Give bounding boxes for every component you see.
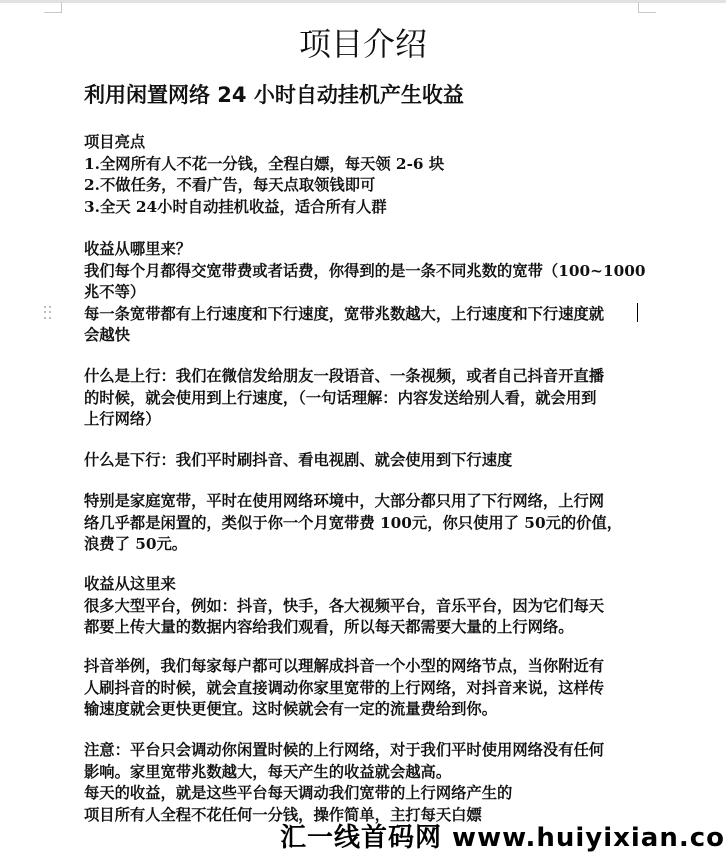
section-heading: 项目亮点 [84, 132, 644, 154]
document-subtitle: 利用闲置网络 24 小时自动挂机产生收益 [84, 78, 464, 112]
document-title: 项目介绍 [0, 22, 726, 66]
list-item: 3.全天 24小时自动挂机收益，适合所有人群 [84, 197, 644, 219]
text-line: 影响。家里宽带兆数越大，每天产生的收益就会越高。 [84, 762, 644, 784]
text-line: 的时候，就会使用到上行速度，（一句话理解：内容发送给别人看，就会用到 [84, 388, 644, 410]
list-item: 2.不做任务，不看广告，每天点取领钱即可 [84, 175, 644, 197]
document-page[interactable]: 项目介绍 利用闲置网络 24 小时自动挂机产生收益 项目亮点 1.全网所有人不花… [0, 0, 726, 854]
text-line: 上行网络） [84, 409, 644, 431]
text-line: 都要上传大量的数据内容给我们观看，所以每天都需要大量的上行网络。 [84, 617, 644, 639]
watermark: 汇一线首码网 www.huiyixian.com [280, 817, 726, 854]
text-line: 浪费了 50元。 [84, 534, 644, 556]
text-line: 络几乎都是闲置的，类似于你一个月宽带费 100元，你只使用了 50元的价值， [84, 513, 644, 535]
text-line: 特别是家庭宽带，平时在使用网络环境中，大部分都只用了下行网络，上行网 [84, 491, 644, 513]
text-line: 输速度就会更快更便宜。这时候就会有一定的流量费给到你。 [84, 699, 644, 721]
text-line: 什么是下行：我们平时刷抖音、看电视剧、就会使用到下行速度 [84, 450, 644, 472]
section-home-broadband: 特别是家庭宽带，平时在使用网络环境中，大部分都只用了下行网络，上行网 络几乎都是… [84, 491, 644, 556]
section-notice: 注意：平台只会调动你闲置时候的上行网络，对于我们平时使用网络没有任何 影响。家里… [84, 740, 644, 826]
text-line: 每天的收益，就是这些平台每天调动我们宽带的上行网络产生的 [84, 783, 644, 805]
paragraph-drag-handle-icon[interactable] [44, 306, 52, 320]
section-heading: 收益从哪里来？ [84, 239, 644, 261]
section-upload-definition: 什么是上行：我们在微信发给朋友一段语音、一条视频，或者自己抖音开直播 的时候，就… [84, 366, 644, 431]
text-line: 会越快 [84, 325, 644, 347]
text-line: 什么是上行：我们在微信发给朋友一段语音、一条视频，或者自己抖音开直播 [84, 366, 644, 388]
section-douyin-example: 抖音举例，我们每家每户都可以理解成抖音一个小型的网络节点，当你附近有 人刷抖音的… [84, 656, 644, 721]
section-income-source: 收益从哪里来？ 我们每个月都得交宽带费或者话费，你得到的是一条不同兆数的宽带（1… [84, 239, 644, 347]
text-line: 注意：平台只会调动你闲置时候的上行网络，对于我们平时使用网络没有任何 [84, 740, 644, 762]
section-highlights: 项目亮点 1.全网所有人不花一分钱，全程白嫖，每天领 2-6 块 2.不做任务，… [84, 132, 644, 218]
text-line: 我们每个月都得交宽带费或者话费，你得到的是一条不同兆数的宽带（100~1000 [84, 261, 644, 283]
text-line: 每一条宽带都有上行速度和下行速度，宽带兆数越大，上行速度和下行速度就 [84, 304, 644, 326]
text-line: 抖音举例，我们每家每户都可以理解成抖音一个小型的网络节点，当你附近有 [84, 656, 644, 678]
text-cursor [637, 303, 638, 322]
text-line: 人刷抖音的时候，就会直接调动你家里宽带的上行网络，对抖音来说，这样传 [84, 678, 644, 700]
text-line: 很多大型平台，例如：抖音，快手，各大视频平台，音乐平台，因为它们每天 [84, 596, 644, 618]
text-line: 兆不等） [84, 282, 644, 304]
section-income-here: 收益从这里来 很多大型平台，例如：抖音，快手，各大视频平台，音乐平台，因为它们每… [84, 574, 644, 639]
section-heading: 收益从这里来 [84, 574, 644, 596]
list-item: 1.全网所有人不花一分钱，全程白嫖，每天领 2-6 块 [84, 154, 644, 176]
section-download-definition: 什么是下行：我们平时刷抖音、看电视剧、就会使用到下行速度 [84, 450, 644, 472]
